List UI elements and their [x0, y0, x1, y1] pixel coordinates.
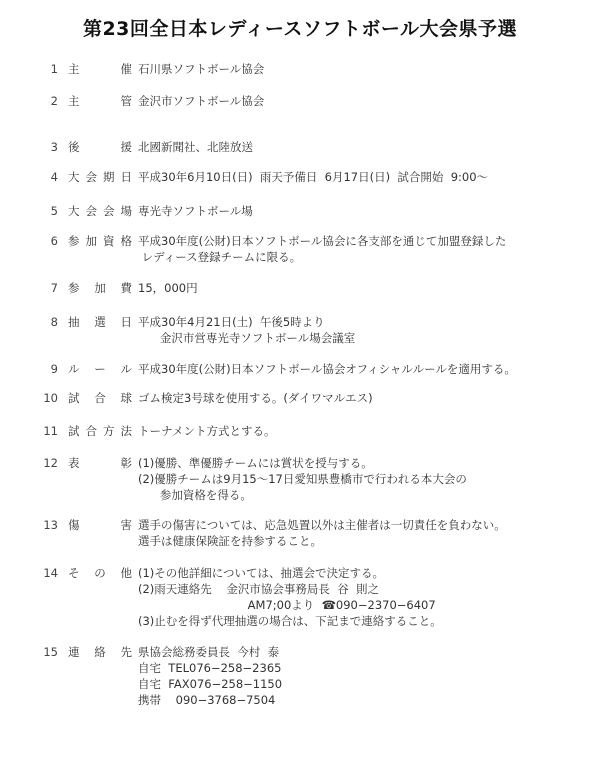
item-label: 大会会場 — [68, 203, 132, 219]
item-label: 主催 — [68, 61, 132, 77]
item-label: 参加費 — [68, 280, 132, 296]
item-number: 7 — [36, 280, 58, 296]
item-number: 14 — [36, 565, 58, 581]
item-value: トーナメント方式とする。 — [138, 423, 276, 439]
item-label: 大会期日 — [68, 169, 132, 185]
item-value: 平成30年6月10日(日) 雨天予備日 6月17日(日) 試合開始 9:00〜 — [138, 169, 488, 185]
item-number: 4 — [36, 169, 58, 185]
item-label: 連絡先 — [68, 644, 132, 660]
item-label: 参加資格 — [68, 233, 132, 249]
item-value: 選手の傷害については、応急処置以外は主催者は一切責任を負わない。選手は健康保険証… — [138, 517, 506, 549]
item-label: ルール — [68, 361, 132, 377]
item-label: 表彰 — [68, 455, 132, 471]
item-number: 2 — [36, 93, 58, 109]
item-number: 12 — [36, 455, 58, 471]
item-label: 傷害 — [68, 517, 132, 533]
item-value: 金沢市ソフトボール協会 — [138, 93, 264, 109]
item-number: 15 — [36, 644, 58, 660]
item-value: 専光寺ソフトボール場 — [138, 203, 253, 219]
item-number: 3 — [36, 139, 58, 155]
item-number: 1 — [36, 61, 58, 77]
item-value: 平成30年度(公財)日本ソフトボール協会に各支部を通じて加盟登録した レディース… — [138, 233, 506, 265]
item-number: 13 — [36, 517, 58, 533]
item-label: 試合方法 — [68, 423, 132, 439]
item-value: (1)その他詳細については、抽選会で決定する。(2)雨天連絡先 金沢市協会事務局… — [138, 565, 442, 629]
item-number: 8 — [36, 314, 58, 330]
item-value: 15，000円 — [138, 280, 198, 296]
item-value: 平成30年4月21日(土) 午後5時より 金沢市営専光寺ソフトボール場会議室 — [138, 314, 355, 346]
item-value: (1)優勝、準優勝チームには賞状を授与する。(2)優勝チームは9月15〜17日愛… — [138, 455, 467, 503]
item-number: 10 — [36, 390, 58, 406]
item-label: 主管 — [68, 93, 132, 109]
item-number: 6 — [36, 233, 58, 249]
item-value: 北國新聞社、北陸放送 — [138, 139, 253, 155]
item-label: 後援 — [68, 139, 132, 155]
item-value: 石川県ソフトボール協会 — [138, 61, 264, 77]
item-number: 9 — [36, 361, 58, 377]
item-number: 11 — [36, 423, 58, 439]
item-value: ゴム検定3号球を使用する。(ダイワマルエス) — [138, 390, 373, 406]
item-label: 試合球 — [68, 390, 132, 406]
item-number: 5 — [36, 203, 58, 219]
document-title: 第23回全日本レディースソフトボール大会県予選 — [0, 14, 600, 41]
item-value: 平成30年度(公財)日本ソフトボール協会オフィシャルルールを適用する。 — [138, 361, 516, 377]
item-label: 抽選日 — [68, 314, 132, 330]
item-label: その他 — [68, 565, 132, 581]
item-value: 県協会総務委員長 今村 泰自宅 TEL076−258−2365自宅 FAX076… — [138, 644, 282, 708]
